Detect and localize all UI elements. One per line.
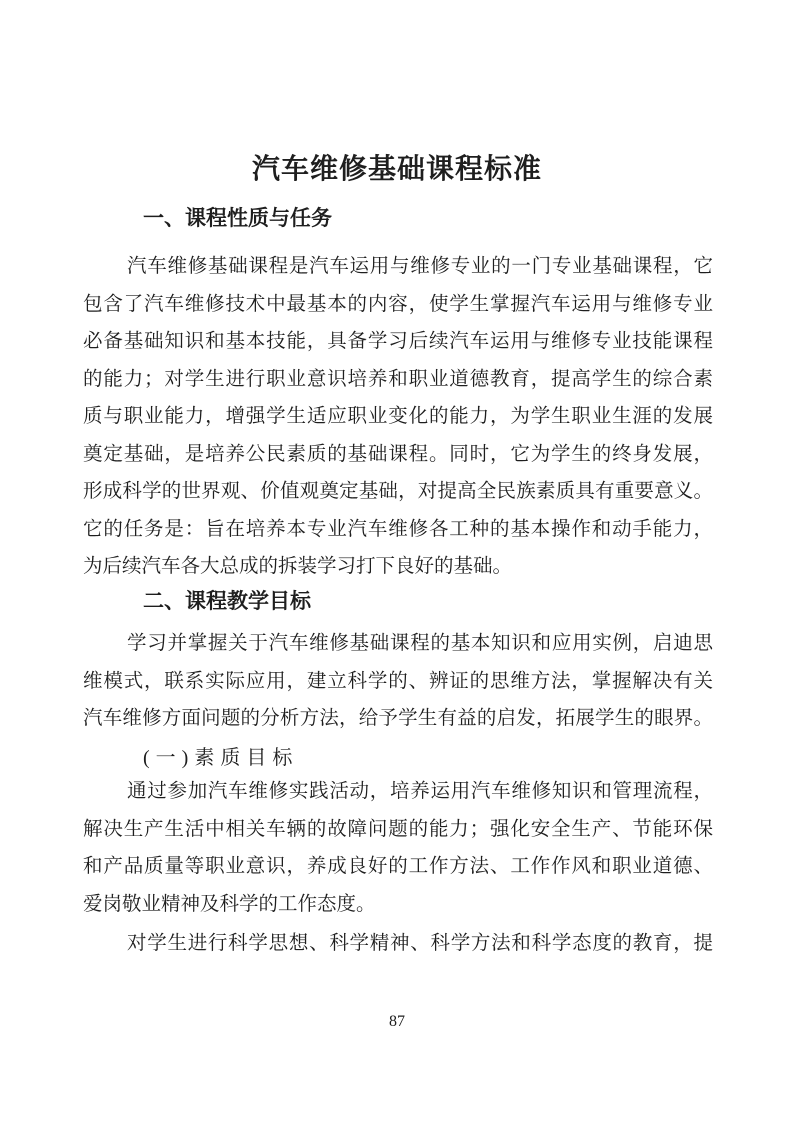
body-line: 为后续汽车各大总成的拆装学习打下良好的基础。 <box>83 548 713 586</box>
body-line: 汽车维修方面问题的分析方法，给予学生有益的启发，拓展学生的眼界。 <box>83 700 713 738</box>
body-line: 维模式，联系实际应用，建立科学的、辨证的思维方法，掌握解决有关 <box>83 663 713 701</box>
body-line: 它的任务是：旨在培养本专业汽车维修各工种的基本操作和动手能力， <box>83 511 713 549</box>
paragraph-4: 对学生进行科学思想、科学精神、科学方法和科学态度的教育，提 <box>83 925 713 963</box>
body-line: 和产品质量等职业意识，养成良好的工作方法、工作作风和职业道德、 <box>83 848 713 886</box>
body-line: 爱岗敬业精神及科学的工作态度。 <box>83 886 713 924</box>
paragraph-3: 通过参加汽车维修实践活动，培养运用汽车维修知识和管理流程， 解决生产生活中相关车… <box>83 773 713 923</box>
body-line: 汽车维修基础课程是汽车运用与维修专业的一门专业基础课程，它 <box>83 248 713 286</box>
body-line: 学习并掌握关于汽车维修基础课程的基本知识和应用实例，启迪思 <box>83 625 713 663</box>
section-1-heading: 一、课程性质与任务 <box>83 206 713 232</box>
page-number: 87 <box>0 1013 794 1031</box>
body-line: 包含了汽车维修技术中最基本的内容，使学生掌握汽车运用与维修专业 <box>83 286 713 324</box>
subsection-1-heading: (一)素质目标 <box>143 741 298 770</box>
body-line: 的能力；对学生进行职业意识培养和职业道德教育，提高学生的综合素 <box>83 361 713 399</box>
document-title: 汽车维修基础课程标准 <box>0 147 794 187</box>
paragraph-1: 汽车维修基础课程是汽车运用与维修专业的一门专业基础课程，它 包含了汽车维修技术中… <box>83 248 713 586</box>
body-line: 必备基础知识和基本技能，具备学习后续汽车运用与维修专业技能课程 <box>83 323 713 361</box>
body-line: 形成科学的世界观、价值观奠定基础，对提高全民族素质具有重要意义。 <box>83 473 713 511</box>
body-line: 解决生产生活中相关车辆的故障问题的能力；强化安全生产、节能环保 <box>83 811 713 849</box>
body-line: 奠定基础，是培养公民素质的基础课程。同时，它为学生的终身发展， <box>83 436 713 474</box>
paragraph-2: 学习并掌握关于汽车维修基础课程的基本知识和应用实例，启迪思 维模式，联系实际应用… <box>83 625 713 738</box>
body-line: 质与职业能力，增强学生适应职业变化的能力，为学生职业生涯的发展 <box>83 398 713 436</box>
section-2-heading: 二、课程教学目标 <box>83 589 713 615</box>
document-page: 汽车维修基础课程标准 一、课程性质与任务 汽车维修基础课程是汽车运用与维修专业的… <box>0 0 794 1122</box>
body-line: 对学生进行科学思想、科学精神、科学方法和科学态度的教育，提 <box>83 925 713 963</box>
body-line: 通过参加汽车维修实践活动，培养运用汽车维修知识和管理流程， <box>83 773 713 811</box>
